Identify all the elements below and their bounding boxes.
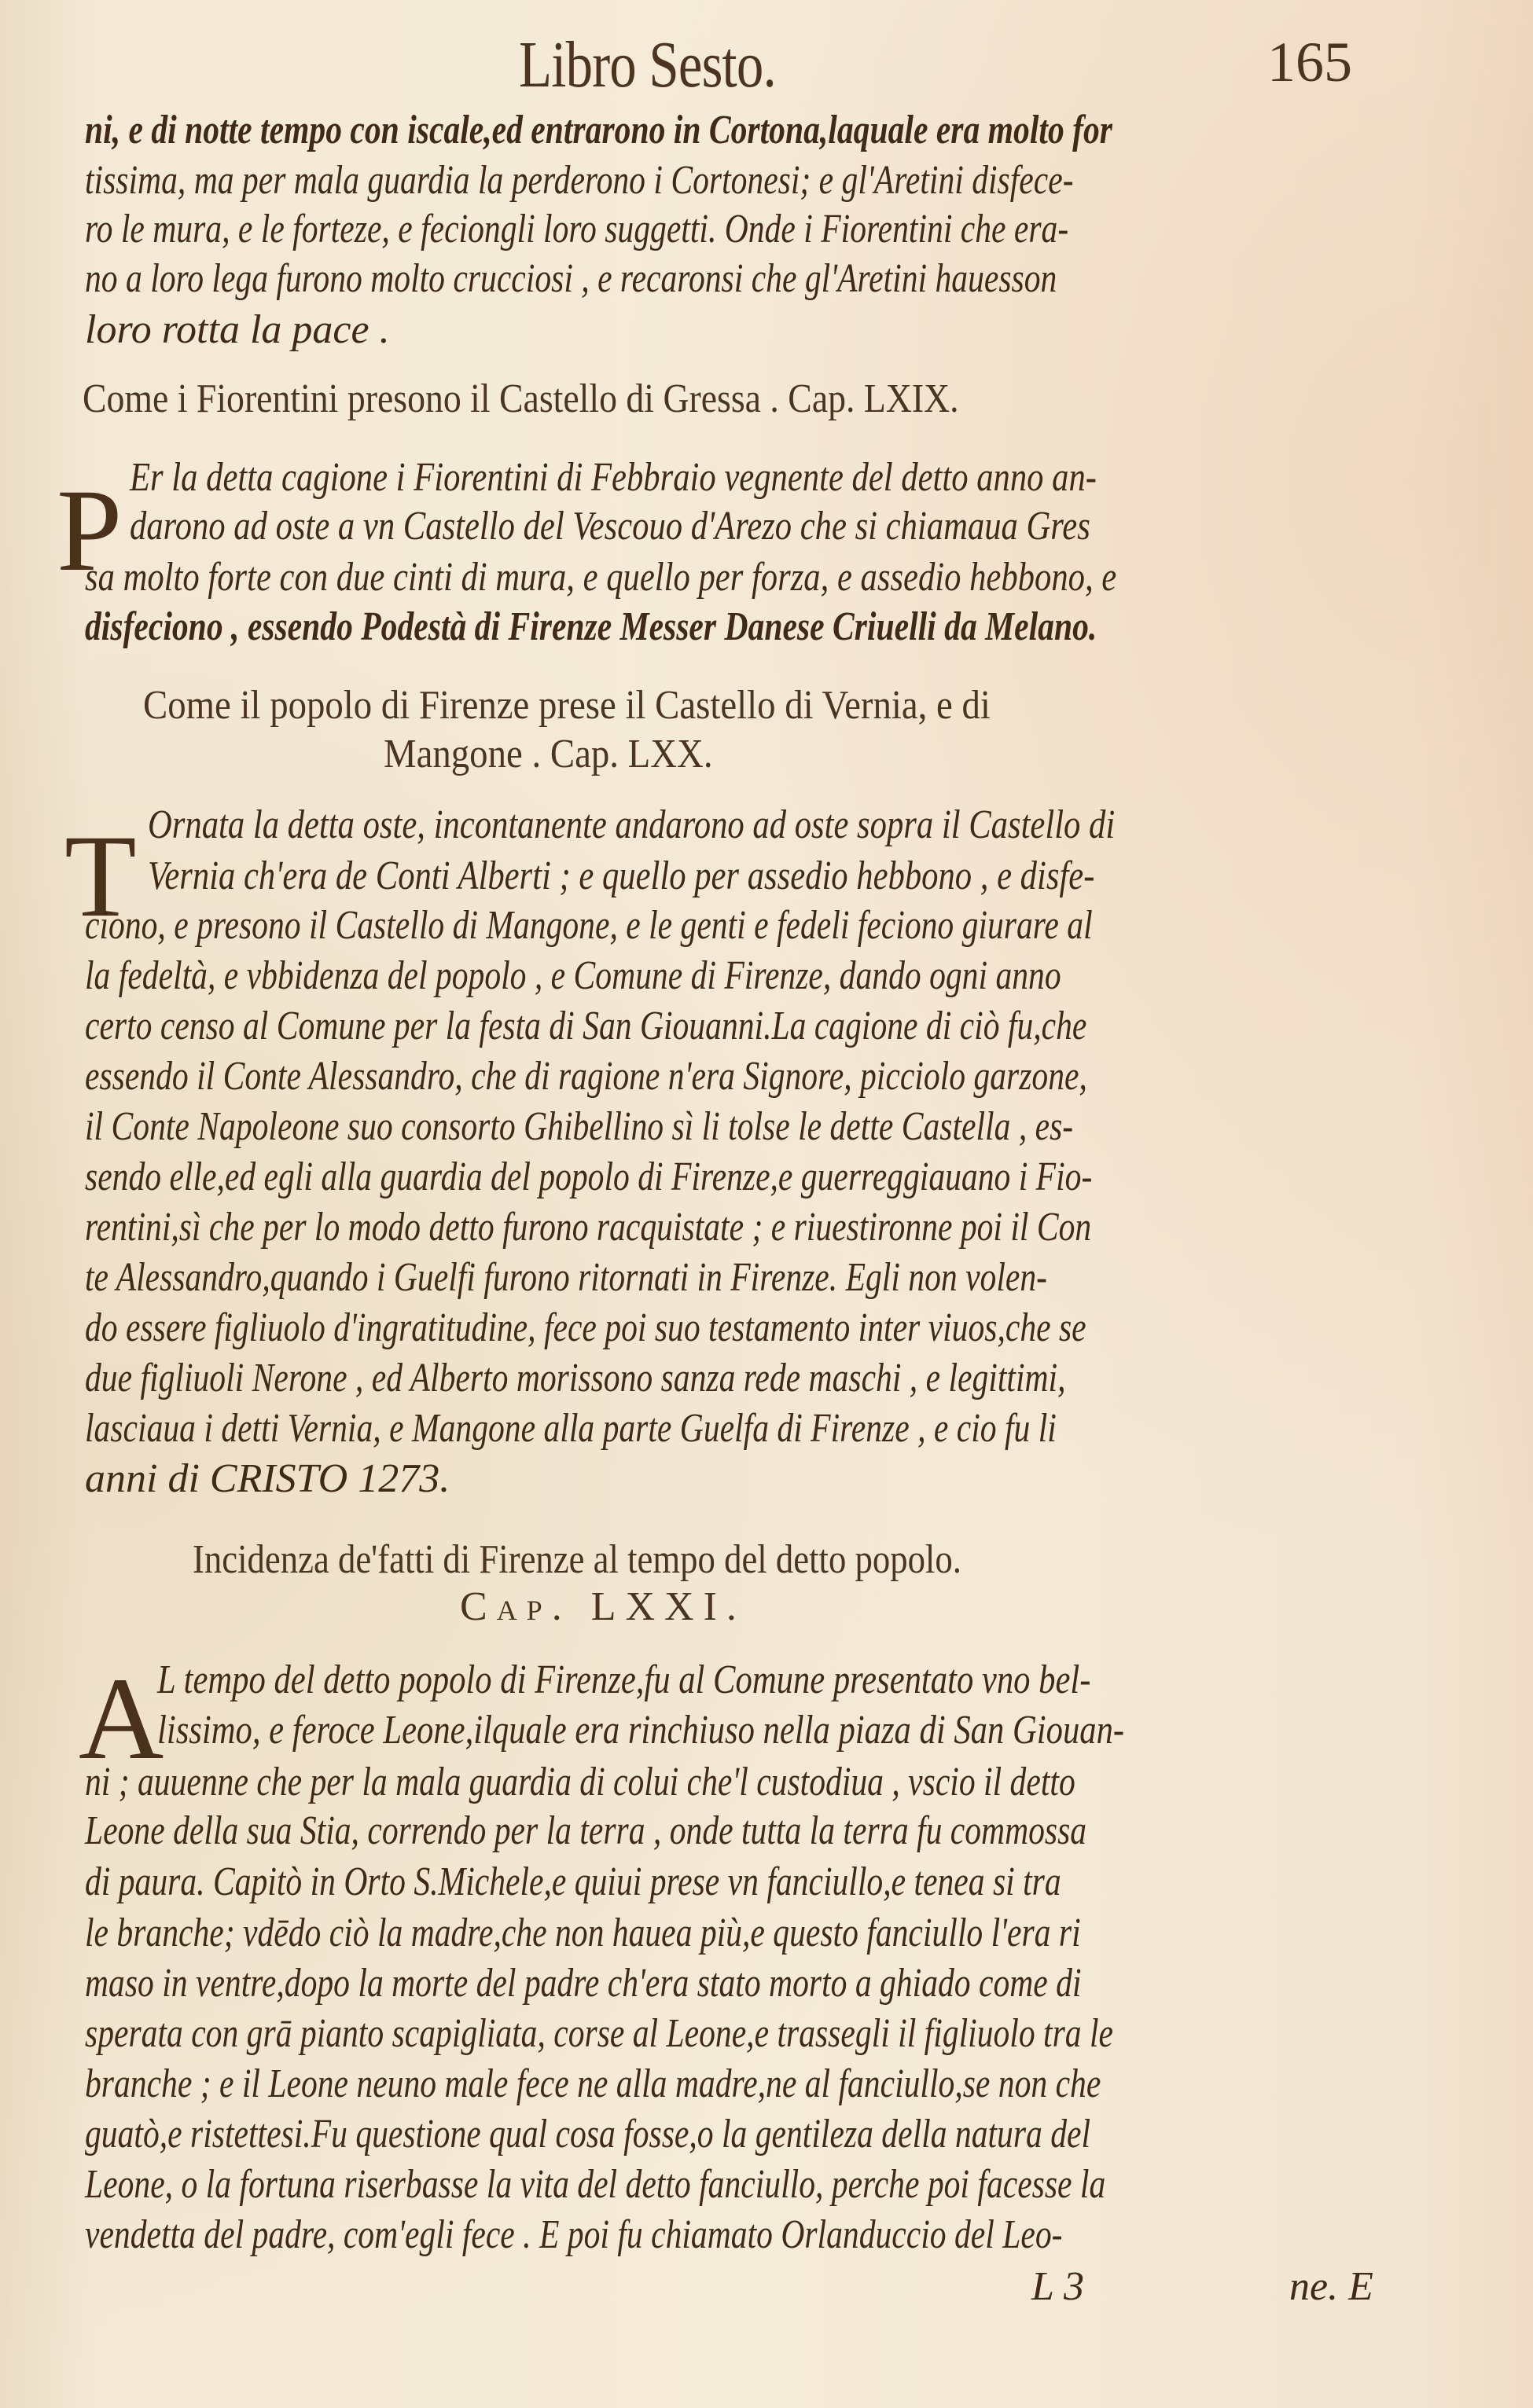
chapter-heading: Mangone . Cap. LXX. [384,731,713,777]
text-line: lasciaua i detti Vernia, e Mangone alla … [85,1405,1057,1452]
text-line: tissima, ma per mala guardia la perderon… [85,157,1074,204]
text-line: ro le mura, e le forteze, e feciongli lo… [85,206,1068,252]
chapter-heading: Incidenza de'fatti di Firenze al tempo d… [193,1536,961,1583]
text-line: sendo elle,ed egli alla guardia del popo… [85,1154,1092,1200]
text-line: do essere figliuolo d'ingratitudine, fec… [85,1305,1086,1351]
text-line: sperata con grā pianto scapigliata, cors… [85,2010,1113,2057]
text-line: certo censo al Comune per la festa di Sa… [85,1003,1086,1049]
page-header: Libro Sesto. 165 [0,22,1533,101]
text-line: guatò,e ristettesi.Fu questione qual cos… [85,2111,1090,2157]
book-page: Libro Sesto. 165 ni, e di notte tempo co… [0,0,1533,2408]
text-line: Ornata la detta oste, incontanente andar… [148,802,1115,848]
text-line: due figliuoli Nerone , ed Alberto moriss… [85,1355,1066,1401]
text-line: Leone della sua Stia, correndo per la te… [85,1808,1086,1854]
text-line: vendetta del padre, com'egli fece . E po… [85,2212,1062,2258]
text-line: Vernia ch'era de Conti Alberti ; e quell… [148,853,1094,899]
text-line: essendo il Conte Alessandro, che di ragi… [85,1053,1087,1099]
text-line: ni, e di notte tempo con iscale,ed entra… [85,107,1112,153]
text-line: loro rotta la pace . [85,307,390,353]
text-line: ciono, e presono il Castello di Mangone,… [85,902,1093,949]
text-line: il Conte Napoleone suo consorto Ghibelli… [85,1103,1073,1150]
text-line: no a loro lega furono molto crucciosi , … [85,255,1057,302]
text-line: disfeciono , essendo Podestà di Firenze … [85,604,1097,650]
page-number: 165 [1267,30,1352,95]
chapter-heading: Come il popolo di Firenze prese il Caste… [143,682,991,729]
text-line: Er la detta cagione i Fiorentini di Febb… [130,454,1097,501]
text-line: la fedeltà, e vbbidenza del popolo , e C… [85,953,1061,999]
catchword: ne. E [1289,2263,1373,2310]
text-line: ni ; auuenne che per la mala guardia di … [85,1759,1075,1805]
text-line: anni di CRISTO 1273. [85,1455,450,1502]
chapter-heading: Cap. LXXI. [460,1584,746,1630]
running-title: Libro Sesto. [519,27,776,103]
text-line: rentini,sì che per lo modo detto furono … [85,1204,1091,1250]
text-line: maso in ventre,dopo la morte del padre c… [85,1960,1082,2006]
signature-mark: L 3 [1031,2263,1084,2310]
text-line: branche ; e il Leone neuno male fece ne … [85,2061,1101,2107]
text-line: L tempo del detto popolo di Firenze,fu a… [157,1657,1090,1703]
text-line: Leone, o la fortuna riserbasse la vita d… [85,2161,1105,2208]
text-line: sa molto forte con due cinti di mura, e … [85,554,1116,600]
text-line: te Alessandro,quando i Guelfi furono rit… [85,1254,1047,1301]
text-line: darono ad oste a vn Castello del Vescouo… [130,503,1090,549]
chapter-heading: Come i Fiorentini presono il Castello di… [83,376,959,422]
text-line: lissimo, e feroce Leone,ilquale era rinc… [157,1707,1124,1753]
text-line: di paura. Capitò in Orto S.Michele,e qui… [85,1859,1061,1905]
text-line: le branche; vdēdo ciò la madre,che non h… [85,1910,1081,1956]
